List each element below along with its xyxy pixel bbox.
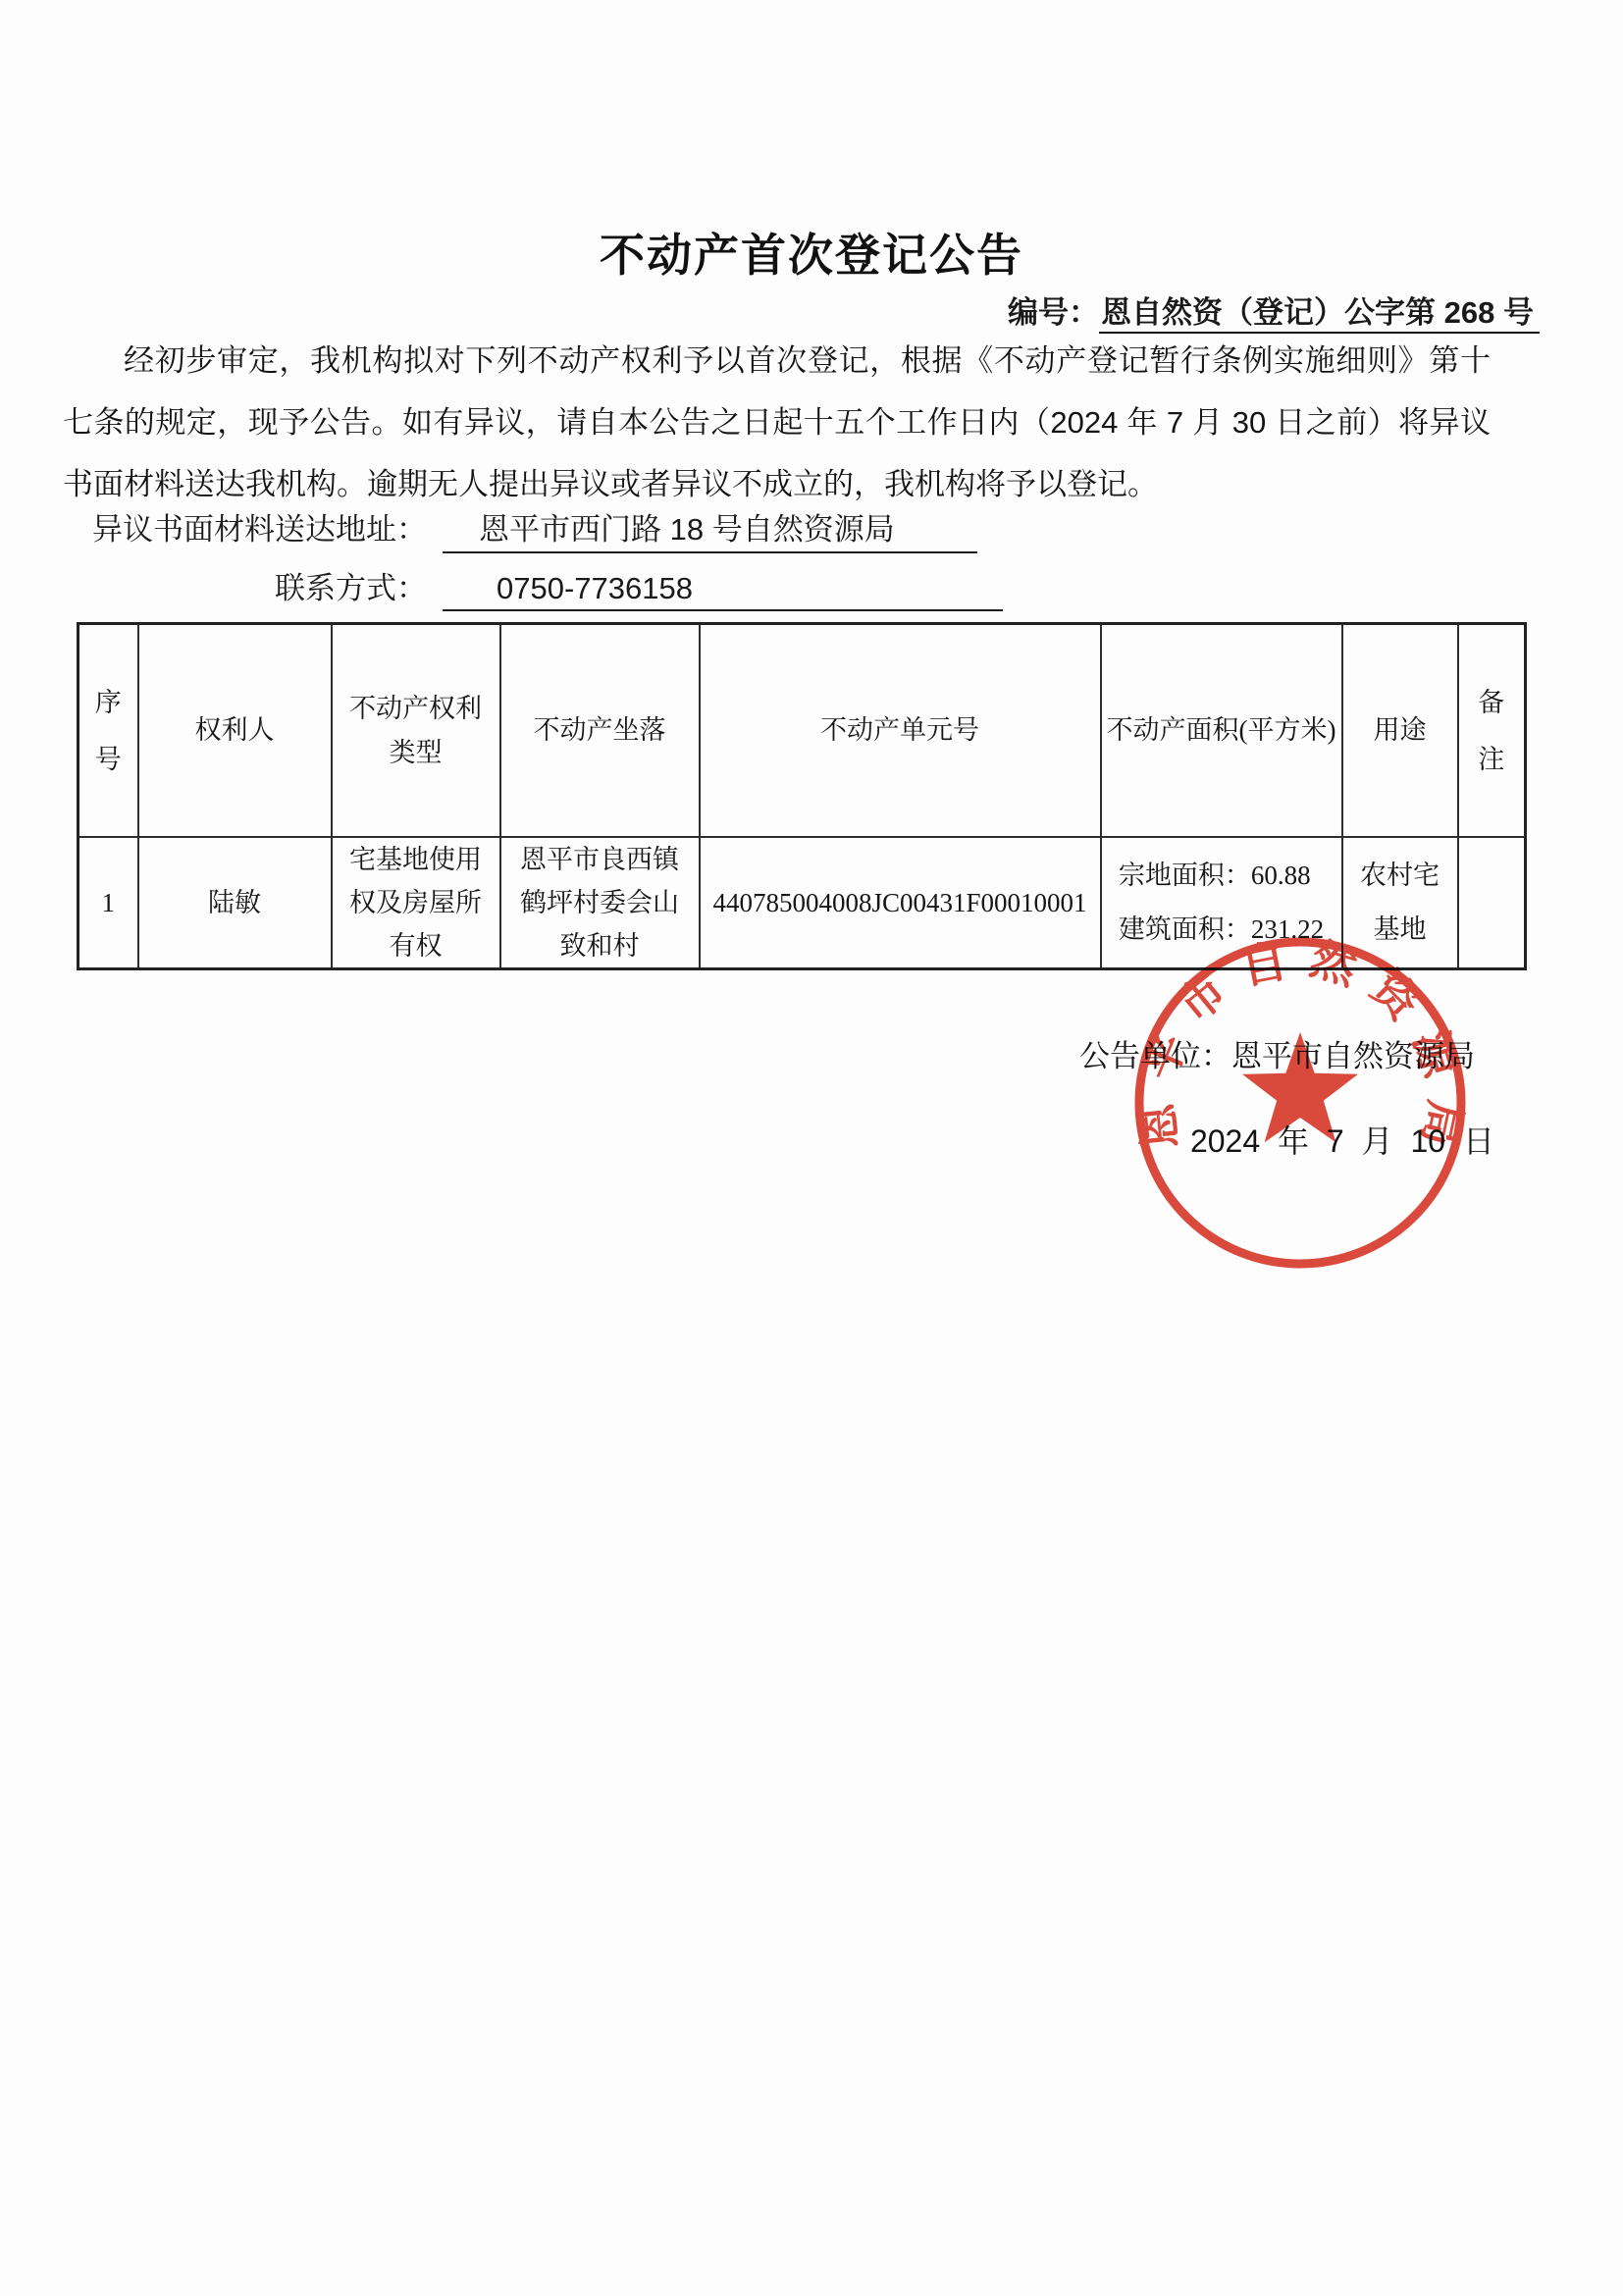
cell-usage: 农村宅基地 <box>1342 837 1458 969</box>
cell-unit-number: 440785004008JC00431F00010001 <box>700 837 1101 969</box>
header-unit-number: 不动产单元号 <box>700 624 1101 838</box>
official-seal: 恩平市自然资源局 <box>1124 926 1477 1279</box>
cell-seq: 1 <box>79 837 138 969</box>
header-area: 不动产面积(平方米) <box>1101 624 1342 838</box>
doc-number-value: 恩自然资（登记）公字第 268 号 <box>1099 295 1540 334</box>
cell-remark <box>1458 837 1526 969</box>
area-parcel: 宗地面积：60.88 <box>1119 849 1324 903</box>
cell-area: 宗地面积：60.88 建筑面积：231.22 <box>1101 837 1342 969</box>
header-remark: 备注 <box>1458 624 1526 838</box>
header-right-type: 不动产权利类型 <box>332 624 500 838</box>
date-line: 2024 年 7 月 10 日 <box>1190 1117 1494 1162</box>
contact-label: 联系方式： <box>63 563 427 607</box>
issuer-value: 恩平市自然资源局 <box>1231 1039 1475 1073</box>
address-line: 异议书面材料送达地址： 恩平市西门路 18 号自然资源局 <box>63 504 1003 563</box>
issuer-label: 公告单位： <box>1079 1039 1231 1073</box>
document-page: 不动产首次登记公告 编号：恩自然资（登记）公字第 268 号 经初步审定，我机构… <box>0 0 1623 2296</box>
registration-table: 序号 权利人 不动产权利类型 不动产坐落 不动产单元号 不动产面积(平方米) 用… <box>77 622 1527 970</box>
area-building: 建筑面积：231.22 <box>1119 903 1324 957</box>
body-paragraph: 经初步审定，我机构拟对下列不动产权利予以首次登记，根据《不动产登记暂行条例实施细… <box>63 330 1491 515</box>
seal-graphics: 恩平市自然资源局 <box>1130 932 1471 1264</box>
contact-value: 0750-7736158 <box>443 571 1003 611</box>
seal-ring <box>1139 942 1461 1264</box>
cell-right-type: 宅基地使用权及房屋所有权 <box>332 837 500 969</box>
doc-number-label: 编号： <box>1008 295 1099 330</box>
address-value: 恩平市西门路 18 号自然资源局 <box>443 504 977 553</box>
header-usage: 用途 <box>1342 624 1458 838</box>
table-row: 1 陆敏 宅基地使用权及房屋所有权 恩平市良西镇鹤坪村委会山致和村 440785… <box>79 837 1526 969</box>
page-title: 不动产首次登记公告 <box>0 220 1623 285</box>
cell-location: 恩平市良西镇鹤坪村委会山致和村 <box>500 837 700 969</box>
table-header-row: 序号 权利人 不动产权利类型 不动产坐落 不动产单元号 不动产面积(平方米) 用… <box>79 624 1526 838</box>
header-location: 不动产坐落 <box>500 624 700 838</box>
header-holder: 权利人 <box>138 624 332 838</box>
cell-holder: 陆敏 <box>138 837 332 969</box>
contact-block: 异议书面材料送达地址： 恩平市西门路 18 号自然资源局 联系方式： 0750-… <box>63 504 1003 622</box>
header-seq: 序号 <box>79 624 138 838</box>
doc-number-line: 编号：恩自然资（登记）公字第 268 号 <box>1008 287 1540 332</box>
address-label: 异议书面材料送达地址： <box>63 504 427 548</box>
issuer-line: 公告单位：恩平市自然资源局 <box>1079 1031 1475 1075</box>
contact-line: 联系方式： 0750-7736158 <box>63 563 1003 622</box>
